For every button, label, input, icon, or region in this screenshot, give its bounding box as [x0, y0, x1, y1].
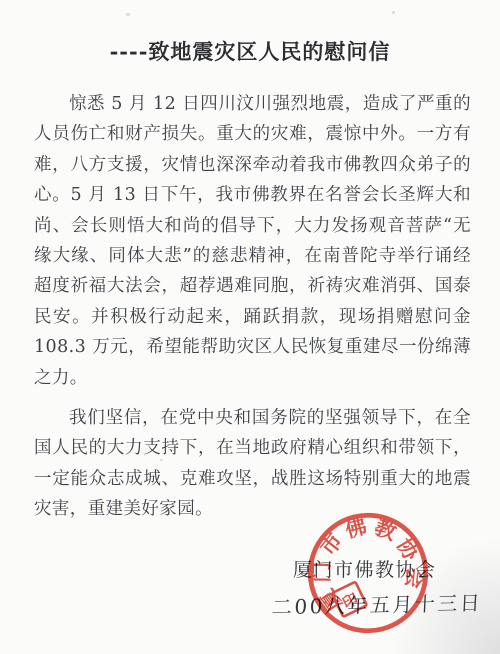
scan-speck [160, 459, 163, 461]
letter-paragraph-1: 惊悉 5 月 12 日四川汶川强烈地震，造成了严重的人员伤亡和财产损失。重大的灾… [34, 89, 471, 393]
scanned-letter-page: ----致地震灾区人民的慰问信 惊悉 5 月 12 日四川汶川强烈地震，造成了严… [0, 0, 500, 654]
letter-title: ----致地震灾区人民的慰问信 [30, 36, 470, 66]
seal-ring-char: 协 [392, 533, 425, 565]
seal-ring-char: 市 [315, 528, 348, 560]
scan-speck [392, 11, 395, 14]
scan-speck [126, 13, 130, 16]
seal-ring-char: 会 [401, 566, 428, 589]
letter-body: 惊悉 5 月 12 日四川汶川强烈地震，造成了严重的人员伤亡和财产损失。重大的灾… [34, 89, 471, 525]
seal-ring-char: 教 [371, 514, 401, 545]
seal-ring-char: 门 [308, 561, 333, 582]
